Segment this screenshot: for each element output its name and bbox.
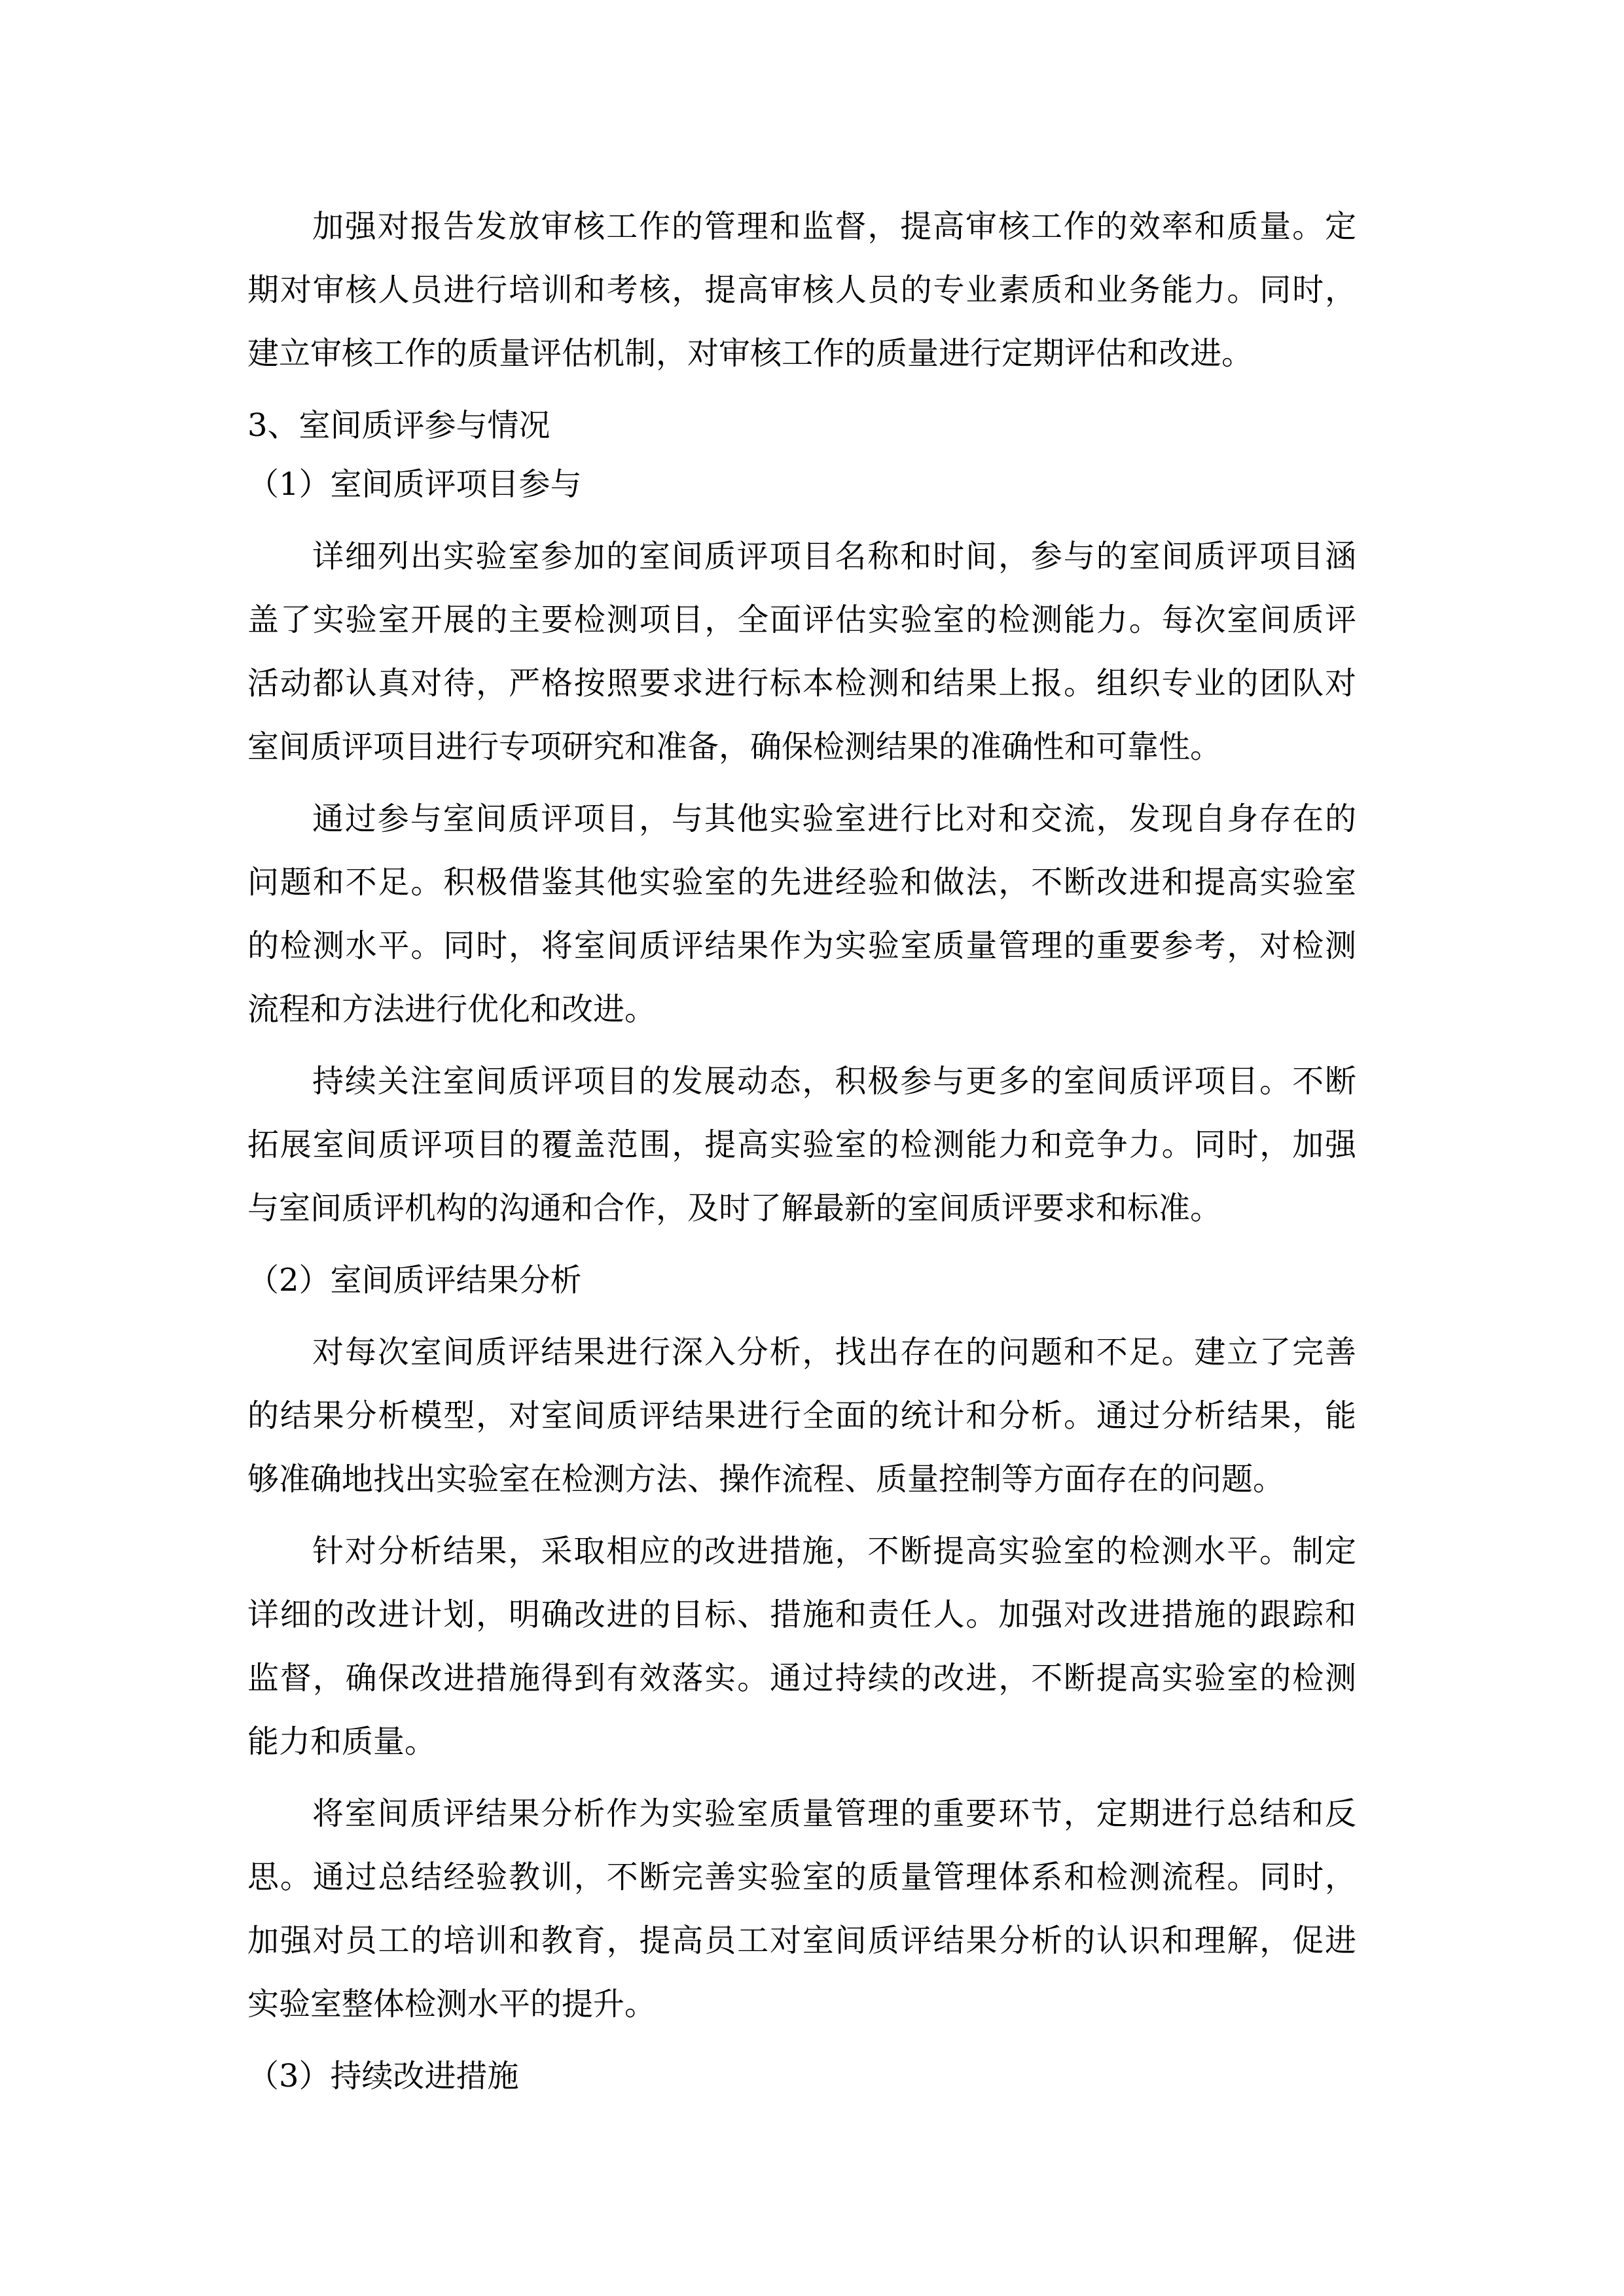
paragraph-line: 思。通过总结经验教训，不断完善实验室的质量管理体系和检测流程。同时，: [247, 1846, 1356, 1909]
paragraph-eqa-development: 持续关注室间质评项目的发展动态，积极参与更多的室间质评项目。不断 拓展室间质评项…: [247, 1050, 1356, 1240]
paragraph-report-review-management: 加强对报告发放审核工作的管理和监督，提高审核工作的效率和质量。定 期对审核人员进…: [247, 195, 1356, 386]
paragraph-line: 详细列出实验室参加的室间质评项目名称和时间，参与的室间质评项目涵: [247, 525, 1356, 588]
paragraph-line: 问题和不足。积极借鉴其他实验室的先进经验和做法，不断改进和提高实验室: [247, 851, 1356, 914]
paragraph-line: 期对审核人员进行培训和考核，提高审核人员的专业素质和业务能力。同时，: [247, 259, 1356, 322]
paragraph-line: 将室间质评结果分析作为实验室质量管理的重要环节，定期进行总结和反: [247, 1782, 1356, 1846]
document-page: 加强对报告发放审核工作的管理和监督，提高审核工作的效率和质量。定 期对审核人员进…: [0, 0, 1624, 2296]
paragraph-line: 加强对员工的培训和教育，提高员工对室间质评结果分析的认识和理解，促进: [247, 1909, 1356, 1973]
paragraph-line: 室间质评项目进行专项研究和准备，确保检测结果的准确性和可靠性。: [247, 715, 1356, 779]
paragraph-line: 通过参与室间质评项目，与其他实验室进行比对和交流，发现自身存在的: [247, 787, 1356, 851]
paragraph-line: 监督，确保改进措施得到有效落实。通过持续的改进，不断提高实验室的检测: [247, 1647, 1356, 1710]
paragraph-line: 与室间质评机构的沟通和合作，及时了解最新的室间质评要求和标准。: [247, 1177, 1356, 1240]
paragraph-summary-reflection: 将室间质评结果分析作为实验室质量管理的重要环节，定期进行总结和反 思。通过总结经…: [247, 1782, 1356, 2036]
document-body: 加强对报告发放审核工作的管理和监督，提高审核工作的效率和质量。定 期对审核人员进…: [247, 195, 1356, 2108]
paragraph-line: 够准确地找出实验室在检测方法、操作流程、质量控制等方面存在的问题。: [247, 1448, 1356, 1511]
paragraph-line: 拓展室间质评项目的覆盖范围，提高实验室的检测能力和竞争力。同时，加强: [247, 1113, 1356, 1177]
paragraph-line: 流程和方法进行优化和改进。: [247, 978, 1356, 1041]
paragraph-line: 盖了实验室开展的主要检测项目，全面评估实验室的检测能力。每次室间质评: [247, 588, 1356, 652]
paragraph-line: 加强对报告发放审核工作的管理和监督，提高审核工作的效率和质量。定: [247, 195, 1356, 259]
heading-text: （3）持续改进措施: [247, 2045, 1356, 2108]
section-heading-eqa-participation: 3、室间质评参与情况: [247, 394, 1356, 457]
subsection-heading-continuous-improvement: （3）持续改进措施: [247, 2045, 1356, 2108]
paragraph-line: 针对分析结果，采取相应的改进措施，不断提高实验室的检测水平。制定: [247, 1520, 1356, 1583]
paragraph-line: 实验室整体检测水平的提升。: [247, 1973, 1356, 2036]
paragraph-line: 详细的改进计划，明确改进的目标、措施和责任人。加强对改进措施的跟踪和: [247, 1583, 1356, 1647]
heading-text: （1）室间质评项目参与: [247, 453, 1356, 516]
heading-text: 3、室间质评参与情况: [247, 394, 1356, 457]
paragraph-line: 活动都认真对待，严格按照要求进行标本检测和结果上报。组织专业的团队对: [247, 652, 1356, 715]
heading-text: （2）室间质评结果分析: [247, 1249, 1356, 1312]
paragraph-result-analysis-model: 对每次室间质评结果进行深入分析，找出存在的问题和不足。建立了完善 的结果分析模型…: [247, 1321, 1356, 1511]
subsection-heading-eqa-project-participation: （1）室间质评项目参与: [247, 453, 1356, 516]
paragraph-line: 对每次室间质评结果进行深入分析，找出存在的问题和不足。建立了完善: [247, 1321, 1356, 1384]
paragraph-line: 能力和质量。: [247, 1710, 1356, 1774]
paragraph-line: 的结果分析模型，对室间质评结果进行全面的统计和分析。通过分析结果，能: [247, 1384, 1356, 1448]
paragraph-improvement-measures: 针对分析结果，采取相应的改进措施，不断提高实验室的检测水平。制定 详细的改进计划…: [247, 1520, 1356, 1774]
paragraph-line: 的检测水平。同时，将室间质评结果作为实验室质量管理的重要参考，对检测: [247, 914, 1356, 978]
paragraph-line: 持续关注室间质评项目的发展动态，积极参与更多的室间质评项目。不断: [247, 1050, 1356, 1113]
subsection-heading-eqa-result-analysis: （2）室间质评结果分析: [247, 1249, 1356, 1312]
paragraph-eqa-comparison: 通过参与室间质评项目，与其他实验室进行比对和交流，发现自身存在的 问题和不足。积…: [247, 787, 1356, 1041]
paragraph-eqa-project-list: 详细列出实验室参加的室间质评项目名称和时间，参与的室间质评项目涵 盖了实验室开展…: [247, 525, 1356, 779]
paragraph-line: 建立审核工作的质量评估机制，对审核工作的质量进行定期评估和改进。: [247, 322, 1356, 386]
